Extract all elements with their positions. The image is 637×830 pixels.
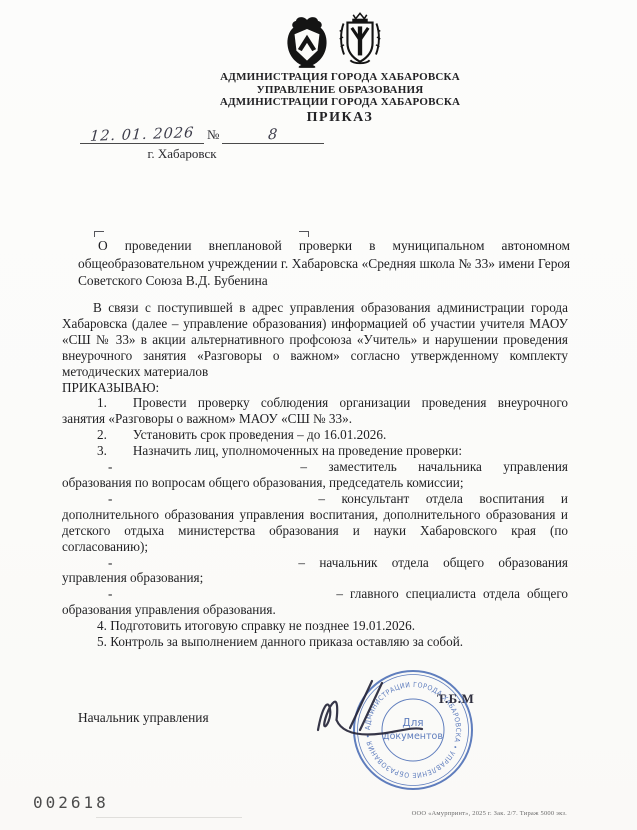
khabarovsk-city-coat-of-arms-icon [336, 10, 384, 73]
appointee-title: – заместитель начальника управления обра… [62, 459, 568, 490]
item-text: Провести проверку соблюдения организации… [62, 395, 568, 426]
dash-marker: - [108, 491, 112, 506]
signer-title: Начальник управления [78, 710, 209, 726]
intro-paragraph: В связи с поступившей в адрес управления… [62, 300, 568, 380]
document-type-title: ПРИКАЗ [170, 112, 510, 125]
item-number: 3. [97, 443, 107, 458]
item-text: Назначить лиц, уполномоченных на проведе… [133, 443, 462, 458]
order-item-1: 1.Провести проверку соблюдения организац… [62, 395, 568, 427]
form-serial-number: 002618 [33, 793, 109, 812]
printing-house-note: ООО «Амурпринт», 2025 г. Зак. 2/7. Тираж… [412, 810, 567, 817]
redacted-name-gap [112, 597, 336, 598]
number-field: 8 [222, 127, 324, 144]
dash-marker: - [108, 586, 112, 601]
handwritten-signature [312, 676, 447, 759]
order-subject: О проведении внеплановой проверки в муни… [78, 237, 570, 290]
document-page: АДМИНИСТРАЦИЯ ГОРОДА ХАБАРОВСКА УПРАВЛЕН… [0, 0, 637, 830]
order-item-4: 4. Подготовить итоговую справку не поздн… [62, 618, 568, 634]
item-number: 2. [97, 427, 107, 442]
tab-gap [107, 438, 133, 439]
appointee-title: – консультант отдела воспитания и дополн… [62, 491, 568, 554]
item-number: 1. [97, 395, 107, 410]
appointee-line-4: -– главного специалиста отдела общего об… [62, 586, 568, 618]
dash-marker: - [108, 459, 112, 474]
tab-gap [107, 454, 133, 455]
appointee-line-3: -– начальник отдела общего образования у… [62, 555, 568, 587]
org-name-line3: АДМИНИСТРАЦИИ ГОРОДА ХАБАРОВСКА [170, 96, 510, 109]
redacted-name-gap [112, 502, 318, 503]
redacted-name-gap [112, 470, 300, 471]
city-label: г. Хабаровск [102, 146, 262, 162]
appointee-title: – начальник отдела общего образования уп… [62, 555, 568, 586]
appointee-line-2: -– консультант отдела воспитания и допол… [62, 491, 568, 555]
order-word: ПРИКАЗЫВАЮ: [62, 380, 568, 396]
date-field: 12. 01. 2026 [80, 127, 204, 144]
order-body: В связи с поступившей в адрес управления… [62, 300, 568, 650]
order-item-3: 3.Назначить лиц, уполномоченных на прове… [62, 443, 568, 459]
tab-gap [107, 406, 133, 407]
khabarovsk-krai-coat-of-arms-icon [284, 14, 330, 73]
org-name-line2: УПРАВЛЕНИЕ ОБРАЗОВАНИЯ [170, 84, 510, 97]
appointee-title: – главного специалиста отдела общего обр… [62, 586, 568, 617]
number-sign: № [207, 127, 219, 142]
appointee-line-1: -– заместитель начальника управления обр… [62, 459, 568, 491]
order-item-5: 5. Контроль за выполнением данного прика… [62, 634, 568, 650]
item-text: Установить срок проведения – до 16.01.20… [133, 427, 386, 442]
handwritten-date: 12. 01. 2026 [89, 125, 194, 145]
dash-marker: - [108, 555, 112, 570]
order-item-2: 2.Установить срок проведения – до 16.01.… [62, 427, 568, 443]
signer-initials: Т.Б.М [437, 691, 474, 707]
redacted-name-gap [112, 566, 298, 567]
handwritten-number: 8 [268, 127, 279, 143]
letterhead: АДМИНИСТРАЦИЯ ГОРОДА ХАБАРОВСКА УПРАВЛЕН… [170, 71, 510, 124]
date-number-line: 12. 01. 2026№8 г. Хабаровск [80, 127, 380, 162]
scan-fold-line [96, 817, 242, 818]
org-name-line1: АДМИНИСТРАЦИЯ ГОРОДА ХАБАРОВСКА [170, 71, 510, 84]
